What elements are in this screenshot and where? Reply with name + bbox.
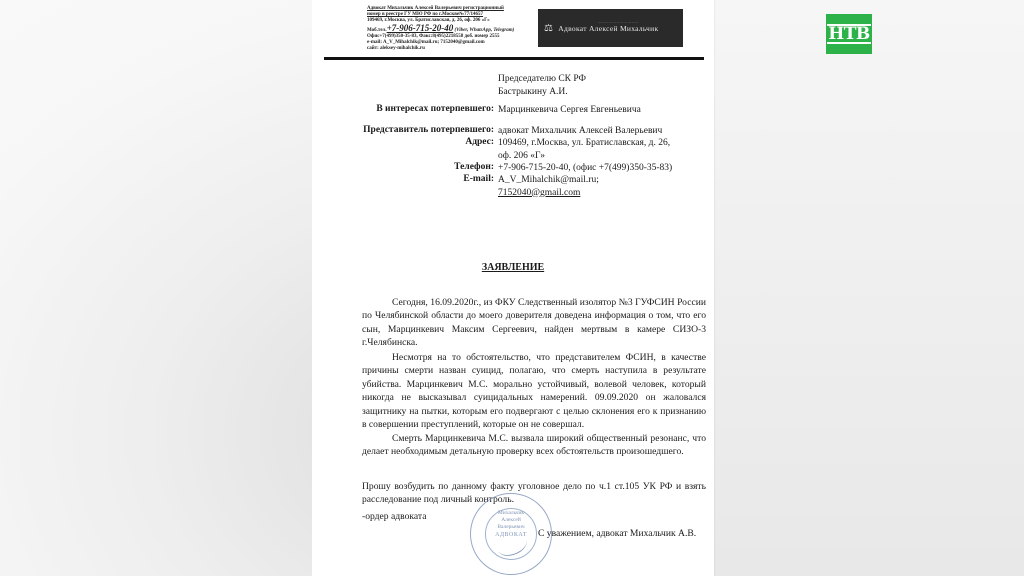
letterhead-contacts: Адвокат Михальчик Алексей Валерьевич рег… (367, 6, 537, 52)
field-value: +7-906-715-20-40, (офис +7(499)350-35-83… (498, 162, 672, 175)
field-label: В интересах потерпевшего: (376, 104, 494, 114)
ntv-channel-logo: НТВ (826, 14, 872, 54)
letterhead-divider (324, 57, 704, 60)
letterhead-mobile: Моб.тел.+7-906-715-20-40 (Viber, WhatsAp… (367, 25, 537, 34)
addressee-line: Бастрыкину А.И. (498, 86, 586, 99)
scales-icon: ⚖ (544, 23, 553, 34)
field-label: Адрес: (465, 137, 494, 147)
field-label: Телефон: (454, 162, 494, 172)
attachment-note: -ордер адвоката (362, 511, 427, 522)
lawyer-logo-banner: ⚖ — — — — — — — — — — — Адвокат Алексей … (538, 9, 683, 47)
closing-signature: С уважением, адвокат Михальчик А.В. (538, 528, 696, 539)
logo-subtitle: — — — — — — — — — — — (598, 20, 639, 24)
paragraph-text: Смерть Марцинкевича М.С. вызвала широкий… (362, 432, 706, 459)
mobile-number: +7-906-715-20-40 (387, 23, 454, 33)
email-link[interactable]: 7152040@gmail.com (498, 187, 580, 200)
mobile-label: Моб.тел. (367, 28, 387, 33)
ntv-logo-text: НТВ (827, 24, 871, 44)
field-value: адвокат Михальчик Алексей Валерьевич (498, 125, 662, 138)
addressee-line: Председателю СК РФ (498, 73, 586, 86)
letterhead-site: сайт: aleksey-mihalchik.ru (367, 46, 537, 52)
field-label: Представитель потерпевшего: (363, 125, 494, 135)
field-value: Марцинкевича Сергея Евгеньевича (498, 104, 641, 117)
field-value: 109469, г.Москва, ул. Братиславская, д. … (498, 137, 670, 150)
paragraph-text: Несмотря на то обстоятельство, что предс… (362, 351, 706, 431)
paragraph: Смерть Марцинкевича М.С. вызвала широкий… (362, 432, 706, 459)
paragraph: Несмотря на то обстоятельство, что предс… (362, 351, 706, 431)
document-page: Адвокат Михальчик Алексей Валерьевич рег… (312, 0, 714, 576)
email-link[interactable]: A_V_Mihalchik@mail.ru; (498, 174, 599, 187)
mobile-note: (Viber, WhatsApp, Telegram) (455, 28, 515, 33)
background-right (712, 0, 1024, 576)
stamp-line: Михальчик (471, 510, 551, 517)
lawyer-logo-text: Адвокат Алексей Михальчик (558, 24, 658, 33)
paragraph: Сегодня, 16.09.2020г., из ФКУ Следственн… (362, 296, 706, 350)
addressee: Председателю СК РФ Бастрыкину А.И. (498, 73, 586, 98)
document-title: ЗАЯВЛЕНИЕ (312, 262, 714, 273)
field-label: E-mail: (463, 174, 494, 184)
paragraph-text: Сегодня, 16.09.2020г., из ФКУ Следственн… (362, 296, 706, 350)
stamp-line: Алексей (471, 517, 551, 524)
field-value: оф. 206 «Г» (498, 150, 545, 163)
